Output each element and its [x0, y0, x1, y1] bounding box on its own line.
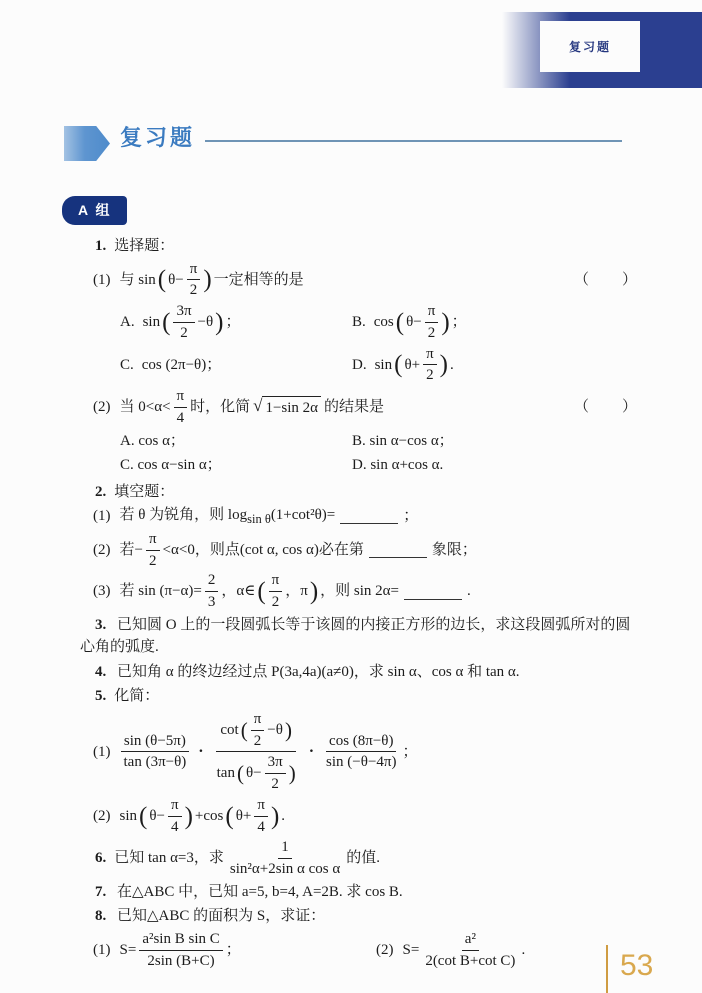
math-text: cos (2π−θ)；	[142, 354, 221, 377]
option-label: B.	[352, 311, 366, 334]
corner-tab: 复习题	[502, 12, 702, 88]
q1-item2-options-row1: A. cos α； B. sin α−cos α；	[80, 430, 642, 453]
punctuation: ；	[402, 741, 417, 764]
right-paren: )	[310, 579, 318, 604]
left-paren: (	[162, 310, 170, 335]
math-text: sin	[143, 311, 161, 334]
option-d: D. sin ( θ+ π 2 ) .	[352, 345, 642, 386]
fraction: π 2	[146, 530, 160, 571]
stem-text: 与 sin	[120, 269, 156, 292]
math-text: tan	[217, 764, 235, 783]
question-number: 8.	[95, 908, 106, 924]
stem-text: 一定相等的是	[214, 269, 304, 292]
math-text: cot	[220, 721, 238, 740]
title-rule	[205, 140, 622, 142]
math-text: ，α∈	[221, 580, 255, 603]
math-text: θ−	[406, 311, 422, 334]
math-text: θ−	[168, 269, 184, 292]
log-base: sin θ	[247, 512, 271, 526]
punctuation: ；	[226, 311, 241, 334]
right-paren: )	[185, 804, 193, 829]
right-paren: )	[289, 763, 296, 784]
exercise-content: 1. 选择题： (1) 与 sin ( θ− π 2 ) 一定相等的是 （ ）	[80, 234, 642, 971]
q1-item1-options-row2: C. cos (2π−θ)； D. sin ( θ+ π 2 ) .	[80, 345, 642, 386]
item-number: (2)	[93, 396, 111, 419]
question-text: 已知圆 O 上的一段圆弧长等于该圆的内接正方形的边长，求这段圆弧所对的圆心角的弧…	[80, 617, 630, 656]
page-number: 53	[620, 949, 653, 983]
math-text: ，π	[285, 580, 308, 603]
question-number: 3.	[95, 617, 106, 633]
fraction: a² 2(cot B+cot C)	[422, 930, 518, 971]
right-paren: )	[271, 804, 279, 829]
math-text: +cos	[195, 805, 223, 828]
fraction: a²sin B sin C 2sin (B+C)	[139, 930, 222, 971]
item-number: (1)	[93, 505, 111, 528]
question-3: 3. 已知圆 O 上的一段圆弧长等于该圆的内接正方形的边长，求这段圆弧所对的圆心…	[80, 614, 642, 659]
question-5-heading: 5. 化简：	[80, 685, 642, 708]
option-c: C. cos (2π−θ)；	[80, 354, 352, 377]
fraction: sin (θ−5π) tan (3π−θ)	[121, 732, 190, 773]
q2-item1: (1) 若 θ 为锐角，则 logsin θ(1+cot²θ)= ；	[80, 504, 642, 529]
question-2-heading: 2. 填空题：	[80, 481, 642, 504]
question-text: 已知角 α 的终边经过点 P(3a,4a)(a≠0)，求 sin α、cos α…	[117, 664, 520, 680]
punctuation: .	[467, 580, 471, 603]
left-paren: (	[257, 579, 265, 604]
item-number: (3)	[93, 580, 111, 603]
right-paren: )	[440, 352, 448, 377]
math-text: θ−	[246, 764, 262, 783]
answer-brackets: （ ）	[574, 269, 638, 292]
question-text: 已知△ABC 的面积为 S，求证：	[117, 908, 325, 924]
math-text: 若 sin (π−α)=	[120, 580, 202, 603]
arrow-icon	[64, 126, 110, 161]
option-d: D. sin α+cos α.	[352, 454, 642, 477]
fill-in-blank	[340, 523, 398, 524]
q1-item1-expression: (1) 与 sin ( θ− π 2 ) 一定相等的是	[80, 260, 305, 301]
item-number: (2)	[376, 939, 394, 962]
punctuation: .	[281, 805, 285, 828]
question-number: 7.	[95, 884, 106, 900]
option-b: B. cos ( θ− π 2 ) ；	[352, 302, 642, 343]
q1-item2-options-row2: C. cos α−sin α； D. sin α+cos α.	[80, 454, 642, 477]
left-paren: (	[241, 720, 248, 741]
stem-text: 时，化简	[190, 396, 250, 419]
math-text: θ−	[149, 805, 165, 828]
fraction: π 2	[269, 571, 283, 612]
right-paren: )	[285, 720, 292, 741]
square-root: √ 1−sin 2α	[253, 396, 321, 420]
question-number: 6.	[95, 847, 106, 870]
math-text: θ+	[404, 354, 420, 377]
q2-item3: (3) 若 sin (π−α)= 2 3 ，α∈ ( π 2 ，π ) ，则 s…	[80, 571, 642, 612]
left-paren: (	[396, 310, 404, 335]
item-number: (2)	[93, 805, 111, 828]
textbook-page: 复习题 复习题 A 组 1. 选择题： (1) 与 sin ( θ− π 2	[0, 0, 702, 993]
math-text: sin	[375, 354, 393, 377]
question-text: 在△ABC 中，已知 a=5, b=4, A=2B. 求 cos B.	[117, 884, 403, 900]
q1-item2-stem: (2) 当 0<α< π 4 时，化简 √ 1−sin 2α 的结果是 （ ）	[80, 387, 642, 428]
fraction: π 4	[168, 796, 182, 837]
punctuation: .	[450, 354, 454, 377]
answer-brackets: （ ）	[574, 396, 638, 419]
corner-tab-label: 复习题	[569, 38, 611, 55]
group-a-label: A 组	[78, 202, 111, 218]
fraction: π 2	[423, 345, 437, 386]
fraction: cos (8π−θ) sin (−θ−4π)	[323, 732, 399, 773]
q5-item1: (1) sin (θ−5π) tan (3π−θ) · cot ( π 2 −θ…	[80, 710, 642, 794]
math-text: −θ	[198, 311, 214, 334]
option-a: A. sin ( 3π 2 −θ ) ；	[80, 302, 352, 343]
left-paren: (	[237, 763, 244, 784]
q1-item1-stem: (1) 与 sin ( θ− π 2 ) 一定相等的是 （ ）	[80, 260, 642, 301]
corner-tab-label-box: 复习题	[540, 21, 640, 72]
left-paren: (	[394, 352, 402, 377]
math-text: 已知 tan α=3，求	[114, 847, 224, 870]
question-8-heading: 8. 已知△ABC 的面积为 S，求证：	[80, 905, 642, 928]
option-label: D.	[352, 354, 367, 377]
stem-text: 的值.	[346, 847, 380, 870]
right-paren: )	[215, 310, 223, 335]
stem-text: 象限；	[432, 539, 477, 562]
q5-item2: (2) sin ( θ− π 4 ) +cos ( θ+ π 4 ) .	[80, 796, 642, 837]
math-text: S=	[120, 939, 137, 962]
q8-item1: (1) S= a²sin B sin C 2sin (B+C) ；	[80, 930, 363, 971]
multiplication-dot: ·	[309, 740, 314, 764]
fraction: 1 sin²α+2sin α cos α	[227, 838, 343, 879]
math-text: S=	[403, 939, 420, 962]
fill-in-blank	[404, 599, 462, 600]
left-paren: (	[139, 804, 147, 829]
punctuation: ；	[452, 311, 467, 334]
item-number: (1)	[93, 741, 111, 764]
option-label: A.	[120, 311, 135, 334]
punctuation: ；	[403, 505, 418, 528]
fraction: π 4	[174, 387, 188, 428]
fraction: π 2	[425, 302, 439, 343]
option-b: B. sin α−cos α；	[352, 430, 642, 453]
fraction: π 4	[254, 796, 268, 837]
math-text: −θ	[267, 721, 283, 740]
question-1-heading: 1. 选择题：	[80, 235, 642, 258]
math-text: cos	[374, 311, 394, 334]
math-text: <α<0，则点(cot α, cos α)必在第	[163, 539, 364, 562]
radicand: 1−sin 2α	[262, 396, 321, 420]
fraction: 3π 2	[173, 302, 194, 343]
right-paren: )	[203, 267, 211, 292]
multiplication-dot: ·	[198, 740, 203, 764]
punctuation: ；	[226, 939, 241, 962]
item-number: (2)	[93, 539, 111, 562]
option-label: C.	[120, 354, 134, 377]
question-7: 7. 在△ABC 中，已知 a=5, b=4, A=2B. 求 cos B.	[80, 881, 642, 904]
option-a: A. cos α；	[80, 430, 352, 453]
item-number: (1)	[93, 269, 111, 292]
q8-proofs: (1) S= a²sin B sin C 2sin (B+C) ； (2) S=…	[80, 930, 642, 971]
left-paren: (	[225, 804, 233, 829]
fraction: π 2	[187, 260, 201, 301]
page-title: 复习题	[120, 121, 195, 152]
math-text: 若−	[120, 539, 143, 562]
fraction: π 2	[251, 710, 265, 751]
question-6: 6. 已知 tan α=3，求 1 sin²α+2sin α cos α 的值.	[80, 838, 642, 879]
q1-item1-options-row1: A. sin ( 3π 2 −θ ) ； B. cos ( θ− π 2	[80, 302, 642, 343]
right-paren: )	[441, 310, 449, 335]
question-title: 化简：	[114, 685, 159, 708]
stem-text: 当 0<α<	[120, 396, 171, 419]
punctuation: .	[521, 939, 525, 962]
fraction-nested: cot ( π 2 −θ ) tan ( θ− 3π 2	[213, 710, 300, 794]
question-title: 选择题：	[114, 235, 174, 258]
math-text: sin	[120, 805, 138, 828]
group-a-badge: A 组	[62, 196, 127, 225]
q1-item2-expression: (2) 当 0<α< π 4 时，化简 √ 1−sin 2α 的结果是	[80, 387, 385, 428]
question-number: 5.	[95, 685, 106, 708]
q2-item2: (2) 若− π 2 <α<0，则点(cot α, cos α)必在第 象限；	[80, 530, 642, 571]
math-text: 若 θ 为锐角，则 logsin θ(1+cot²θ)=	[120, 504, 336, 529]
left-paren: (	[158, 267, 166, 292]
question-title: 填空题：	[114, 481, 174, 504]
math-text: θ+	[236, 805, 252, 828]
option-c: C. cos α−sin α；	[80, 454, 352, 477]
fill-in-blank	[369, 557, 427, 558]
fraction: 3π 2	[265, 753, 286, 794]
question-number: 2.	[95, 481, 106, 504]
fraction: 2 3	[205, 571, 219, 612]
math-text: ，则 sin 2α=	[320, 580, 399, 603]
item-number: (1)	[93, 939, 111, 962]
question-number: 4.	[95, 664, 106, 680]
stem-text: 的结果是	[324, 396, 384, 419]
question-4: 4. 已知角 α 的终边经过点 P(3a,4a)(a≠0)，求 sin α、co…	[80, 661, 642, 684]
radical-sign: √	[253, 396, 262, 416]
q8-item2: (2) S= a² 2(cot B+cot C) .	[363, 930, 526, 971]
question-number: 1.	[95, 235, 106, 258]
page-number-bar	[606, 945, 608, 993]
